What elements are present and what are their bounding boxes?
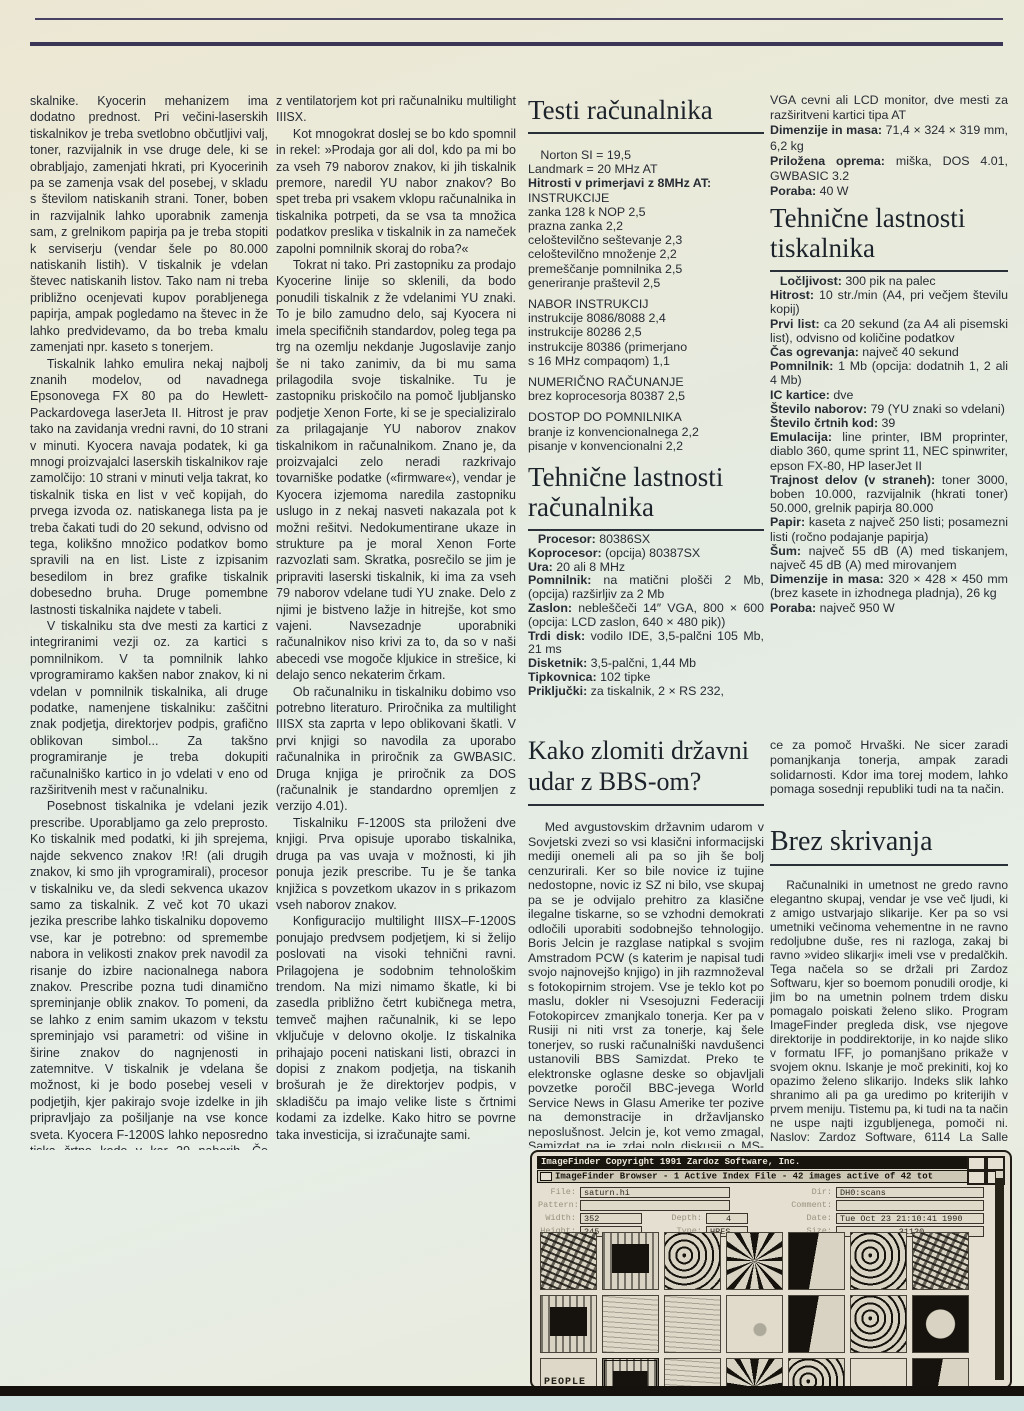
image-thumbnail[interactable]	[664, 1295, 721, 1353]
printer-specs-list: Ločljivost: 300 pik na palecHitrost: 10 …	[770, 274, 1008, 722]
benchmark-line: branje iz konvencionalnega 2,2	[528, 425, 764, 439]
bbs-continuation: ce za pomoč Hrvaški. Ne sicer zaradi pom…	[770, 738, 1008, 828]
spec-row: Zaslon: nebleščeči 14″ VGA, 800 × 600 (o…	[528, 602, 764, 630]
paragraph: Tiskalniku F-1200S sta priloženi dve knj…	[276, 815, 516, 913]
spec-row: Trajnost delov (v straneh): toner 3000, …	[770, 473, 1008, 516]
image-thumbnail[interactable]	[912, 1358, 969, 1389]
close-icon[interactable]	[540, 1172, 552, 1181]
image-thumbnail[interactable]	[664, 1232, 721, 1290]
bbs-title: Kako zlomiti državniudar z BBS-om?	[528, 735, 764, 797]
brez-header: Brez skrivanja	[770, 826, 1008, 866]
spec-row: Poraba: 40 W	[770, 184, 1008, 199]
benchmark-line: zanka 128 k NOP 2,5	[528, 205, 764, 219]
imagefinder-window: ImageFinder Copyright 1991 Zardoz Softwa…	[530, 1150, 1012, 1389]
file-field[interactable]: saturn.hi	[580, 1187, 730, 1198]
paragraph: Tiskalnik lahko emulira nekaj najbolj zn…	[30, 356, 268, 619]
spec-row: Število črtnih kod: 39	[770, 416, 1008, 430]
spec-row: Procesor: 80386SX	[528, 533, 764, 547]
paragraph: Posebnost tiskalnika je vdelani jezik pr…	[30, 798, 268, 1150]
benchmark-line: Landmark = 20 MHz AT	[528, 162, 764, 176]
benchmark-line: generiranje praštevil 2,5	[528, 276, 764, 290]
benchmark-line: INSTRUKCIJE	[528, 191, 764, 205]
date-label: Date:	[780, 1213, 832, 1224]
paragraph: Kot mnogokrat doslej se bo kdo spomnil i…	[276, 126, 516, 257]
spec-row: Poraba: največ 950 W	[770, 601, 1008, 615]
spec-row: IC kartice: dve	[770, 388, 1008, 402]
spec-row: Šum: največ 55 dB (A) med tiskanjem, naj…	[770, 544, 1008, 572]
spec-row: Tipkovnica: 102 tipke	[528, 671, 764, 685]
benchmark-line: Hitrosti v primerjavi z 8MHz AT:	[528, 176, 764, 190]
pattern-field[interactable]	[580, 1200, 730, 1211]
width-field[interactable]: 352	[580, 1213, 642, 1224]
benchmark-line: Norton SI = 19,5	[528, 148, 764, 162]
benchmark-line: instrukcije 80286 2,5	[528, 325, 764, 339]
window-depth-icon[interactable]	[967, 1156, 986, 1171]
spec-row: VGA cevni ali LCD monitor, dve mesti za …	[770, 93, 1008, 123]
image-thumbnail[interactable]	[540, 1295, 597, 1353]
spec-row: Priključki: za tiskalnik, 2 × RS 232,	[528, 685, 764, 699]
thumbnail-grid: PEOPLE	[540, 1232, 978, 1389]
image-thumbnail[interactable]	[788, 1358, 845, 1389]
brez-title: Brez skrivanja	[770, 826, 1008, 857]
benchmark-line: s 16 MHz compaqom) 1,1	[528, 354, 764, 368]
browser-depth-icon[interactable]	[967, 1170, 986, 1185]
image-thumbnail[interactable]	[540, 1232, 597, 1290]
image-thumbnail[interactable]	[602, 1232, 659, 1290]
paragraph: ce za pomoč Hrvaški. Ne sicer zaradi pom…	[770, 738, 1008, 797]
comment-label: Comment:	[780, 1200, 832, 1211]
paragraph: skalnike. Kyocerin mehanizem ima dodatno…	[30, 93, 268, 356]
benchmark-line: celoštevilčno seštevanje 2,3	[528, 233, 764, 247]
comment-field[interactable]	[836, 1200, 984, 1211]
image-thumbnail[interactable]	[726, 1358, 783, 1389]
spec-row: Disketnik: 3,5-palčni, 1,44 Mb	[528, 657, 764, 671]
spec-row: Ločljivost: 300 pik na palec	[770, 274, 1008, 288]
computer-specs-continuation: VGA cevni ali LCD monitor, dve mesti za …	[770, 93, 1008, 205]
spec-row: Dimenzije in masa: 320 × 428 × 450 mm (b…	[770, 572, 1008, 600]
bottom-black-bar	[0, 1386, 1024, 1396]
image-thumbnail[interactable]	[912, 1232, 969, 1290]
magazine-page: skalnike. Kyocerin mehanizem ima dodatno…	[0, 0, 1024, 1411]
spec-row: Čas ogrevanja: največ 40 sekund	[770, 345, 1008, 359]
page-edge-strip	[0, 1396, 1024, 1411]
brez-body: Računalniki in umetnost ne gredo ravno e…	[770, 878, 1008, 1144]
paragraph: Ob računalniku in tiskalniku dobimo vso …	[276, 684, 516, 815]
image-thumbnail[interactable]	[602, 1295, 659, 1353]
browser-titlebar-text: ImageFinder Browser - 1 Active Index Fil…	[555, 1171, 933, 1181]
vertical-scrollbar[interactable]	[995, 1170, 1004, 1380]
spec-row: Koprocesor: (opcija) 80387SX	[528, 547, 764, 561]
browser-titlebar[interactable]: ImageFinder Browser - 1 Active Index Fil…	[537, 1170, 971, 1183]
spec-row: Prvi list: ca 20 sekund (za A4 ali pisem…	[770, 317, 1008, 345]
image-thumbnail[interactable]	[788, 1232, 845, 1290]
paragraph: z ventilatorjem kot pri računalniku mult…	[276, 93, 516, 126]
benchmark-line: instrukcije 80386 (primerjano	[528, 340, 764, 354]
benchmark-line: prazna zanka 2,2	[528, 219, 764, 233]
window-zoom-icon[interactable]	[986, 1156, 1005, 1171]
benchmark-line: instrukcije 8086/8088 2,4	[528, 311, 764, 325]
bbs-rule	[528, 804, 764, 806]
benchmark-line: pisanje v konvencionalni 2,2	[528, 439, 764, 453]
width-label: Width:	[538, 1213, 576, 1224]
image-thumbnail[interactable]	[850, 1295, 907, 1353]
article-column-2: z ventilatorjem kot pri računalniku mult…	[276, 93, 516, 1150]
printer-specs-header: Tehnične lastnostitiskalnika	[770, 203, 1008, 272]
computer-specs-list: Procesor: 80386SXKoprocesor: (opcija) 80…	[528, 533, 764, 713]
spec-row: Trdi disk: vodilo IDE, 3,5-palčni 105 Mb…	[528, 630, 764, 658]
paragraph: Med avgustovskim državnim udarom v Sovje…	[528, 820, 764, 1148]
brez-rule	[770, 864, 1008, 866]
tests-section: Testi računalnika	[528, 95, 764, 134]
spec-row: Število naborov: 79 (YU znaki so vdelani…	[770, 402, 1008, 416]
dir-field[interactable]: DH0:scans	[836, 1187, 984, 1198]
spec-row: Pomnilnik: na matični plošči 2 Mb, (opci…	[528, 574, 764, 602]
computer-specs-rule	[528, 529, 764, 531]
imagefinder-titlebar[interactable]: ImageFinder Copyright 1991 Zardoz Softwa…	[537, 1156, 975, 1169]
image-thumbnail[interactable]	[602, 1358, 659, 1389]
tests-title: Testi računalnika	[528, 95, 764, 125]
printer-specs-rule	[770, 270, 1008, 272]
image-thumbnail[interactable]	[726, 1232, 783, 1290]
image-thumbnail[interactable]	[726, 1295, 783, 1353]
spec-row: Priložena oprema: miška, DOS 4.01, GWBAS…	[770, 154, 1008, 184]
paragraph: Tokrat ni tako. Pri zastopniku za prodaj…	[276, 257, 516, 684]
spec-row: Papir: kaseta z največ 250 listi; posame…	[770, 515, 1008, 543]
image-thumbnail[interactable]: PEOPLE	[540, 1358, 597, 1389]
benchmark-line: DOSTOP DO POMNILNIKA	[528, 410, 764, 424]
benchmark-line: NUMERIČNO RAČUNANJE	[528, 375, 764, 389]
spec-row: Emulacija: line printer, IBM proprinter,…	[770, 430, 1008, 473]
article-column-1: skalnike. Kyocerin mehanizem ima dodatno…	[30, 93, 268, 1150]
depth-label: Depth:	[662, 1213, 702, 1224]
file-label: File:	[538, 1187, 576, 1198]
image-thumbnail[interactable]	[664, 1358, 721, 1389]
image-thumbnail[interactable]	[788, 1295, 845, 1353]
top-thick-rule	[30, 42, 1003, 46]
image-thumbnail[interactable]	[850, 1358, 907, 1389]
bbs-header: Kako zlomiti državniudar z BBS-om?	[528, 735, 764, 806]
top-thin-rule	[35, 18, 1003, 20]
spec-row: Ura: 20 ali 8 MHz	[528, 561, 764, 575]
spec-row: Dimenzije in masa: 71,4 × 324 × 319 mm, …	[770, 123, 1008, 153]
depth-field[interactable]: 4	[706, 1213, 748, 1224]
spec-row: Hitrost: 10 str./min (A4, pri večjem šte…	[770, 288, 1008, 316]
pattern-label: Pattern:	[538, 1200, 576, 1211]
benchmark-line: celoštevilčno množenje 2,2	[528, 247, 764, 261]
paragraph: Konfiguracijo multilight IIISX–F-1200S p…	[276, 913, 516, 1143]
article-column-2-text: z ventilatorjem kot pri računalniku mult…	[276, 93, 516, 1143]
computer-specs-title: Tehnične lastnostiračunalnika	[528, 462, 764, 522]
spec-row: Pomnilnik: 1 Mb (opcija: dodatnih 1, 2 a…	[770, 359, 1008, 387]
image-thumbnail[interactable]	[912, 1295, 969, 1353]
date-field[interactable]: Tue Oct 23 21:10:41 1990	[836, 1213, 984, 1224]
tests-rule	[528, 132, 764, 134]
computer-specs-header: Tehnične lastnostiračunalnika	[528, 462, 764, 531]
scroll-up-icon[interactable]	[996, 1171, 1003, 1178]
benchmark-line: brez koprocesorja 80387 2,5	[528, 389, 764, 403]
printer-specs-title: Tehnične lastnostitiskalnika	[770, 203, 1008, 263]
tests-lines: Norton SI = 19,5Landmark = 20 MHz ATHitr…	[528, 148, 764, 458]
dir-label: Dir:	[780, 1187, 832, 1198]
paragraph: Računalniki in umetnost ne gredo ravno e…	[770, 878, 1008, 1144]
bbs-body: Med avgustovskim državnim udarom v Sovje…	[528, 820, 764, 1148]
benchmark-line: premeščanje pomnilnika 2,5	[528, 262, 764, 276]
image-thumbnail[interactable]	[850, 1232, 907, 1290]
paragraph: V tiskalniku sta dve mesti za kartici z …	[30, 618, 268, 798]
benchmark-line: NABOR INSTRUKCIJ	[528, 297, 764, 311]
